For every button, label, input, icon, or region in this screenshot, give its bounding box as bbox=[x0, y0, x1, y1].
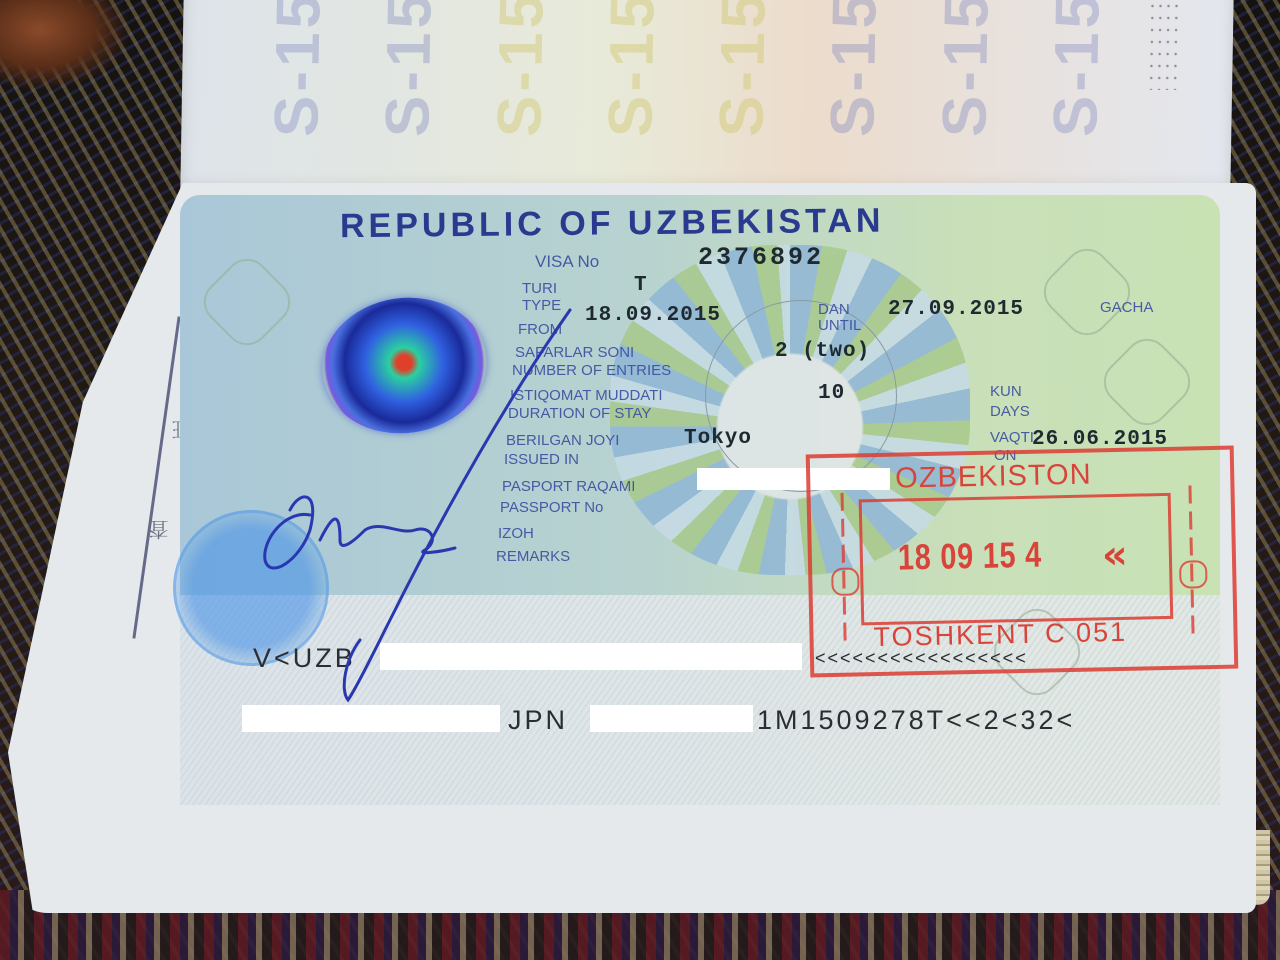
perforation-dots bbox=[1147, 0, 1179, 90]
mrz-line2-suffix: 1M1509278T<<2<32< bbox=[757, 705, 1075, 736]
issued-on-label-uz: VAQTI bbox=[990, 430, 1034, 446]
upper-passport-page: S-15 S-15 S-15 S-15 S-15 S-15 S-15 S-15 bbox=[180, 0, 1234, 195]
number-of-entries: 2 (two) bbox=[775, 340, 870, 363]
issued-in-city: Tokyo bbox=[684, 427, 752, 450]
star-ornament-icon bbox=[1035, 240, 1140, 345]
double-chevron-left-icon: « bbox=[1101, 532, 1128, 579]
until-label-en: UNTIL bbox=[818, 318, 861, 334]
visa-number: 2376892 bbox=[698, 243, 824, 272]
until-label-uz: DAN bbox=[818, 302, 850, 318]
stamp-country: OZBEKISTON bbox=[895, 459, 1092, 496]
watermark-text: S-15 bbox=[706, 0, 780, 137]
watermark-text: S-15 bbox=[1040, 0, 1114, 137]
flower-ornament-icon bbox=[1179, 560, 1208, 589]
consular-signature bbox=[240, 290, 580, 710]
duration-of-stay: 10 bbox=[818, 382, 845, 405]
watermark-text: S-15 bbox=[818, 0, 892, 137]
days-label-uz: KUN bbox=[990, 384, 1022, 400]
side-label-cjk: 査 bbox=[145, 520, 174, 540]
flower-ornament-icon bbox=[831, 567, 860, 596]
stamp-date: 18 09 15 4 bbox=[897, 534, 1042, 579]
watermark-text: S-15 bbox=[261, 0, 335, 137]
star-ornament-icon bbox=[1095, 330, 1200, 435]
watermark-text: S-15 bbox=[595, 0, 669, 137]
visa-no-label: VISA No bbox=[535, 254, 599, 270]
watermark-text: S-15 bbox=[484, 0, 558, 137]
entry-stamp: OZBEKISTON 18 09 15 4 « TOSHKENT C 051 bbox=[806, 446, 1239, 678]
visa-type: T bbox=[634, 274, 648, 297]
watermark-text: S-15 bbox=[929, 0, 1003, 137]
days-label-en: DAYS bbox=[990, 404, 1030, 420]
until-date: 27.09.2015 bbox=[888, 298, 1024, 321]
redacted-mrz-birthdate bbox=[590, 705, 753, 732]
watermark-row: S-15 S-15 S-15 S-15 S-15 S-15 S-15 S-15 bbox=[261, 0, 1114, 137]
mrz-line1-fill: <<<<<<<<<<<<<<<<< bbox=[815, 648, 1028, 669]
from-date: 18.09.2015 bbox=[585, 304, 721, 327]
watermark-text: S-15 bbox=[373, 0, 447, 137]
until-suffix: GACHA bbox=[1100, 300, 1153, 316]
